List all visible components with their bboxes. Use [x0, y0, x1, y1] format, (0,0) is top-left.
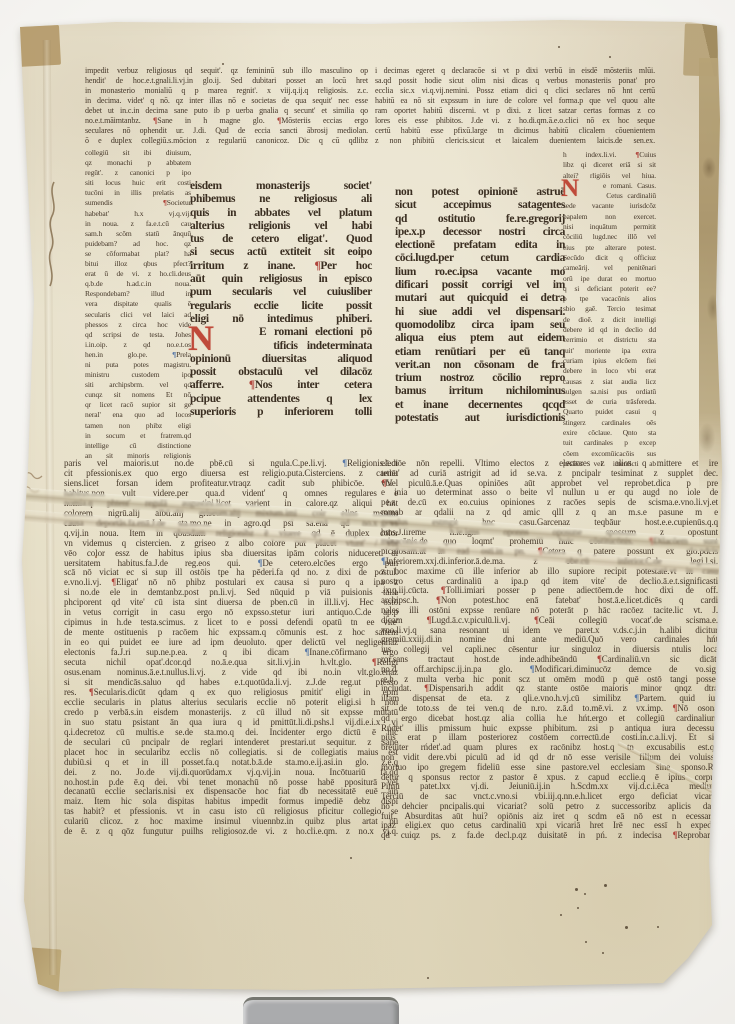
- repair-strip-right-edge: [699, 58, 724, 490]
- red-spot: [95, 556, 97, 558]
- ink-spot: [625, 926, 628, 929]
- ink-spot: [350, 857, 352, 859]
- manuscript-leaf: impedit verbuz religiosus qd sequit'. qz…: [0, 0, 735, 1024]
- tape-top-left: [9, 25, 61, 68]
- photograph-background: impedit verbuz religiosus qd sequit'. qz…: [0, 0, 735, 1024]
- ink-spot: [558, 46, 560, 48]
- gloss-top-right: i decimas egeret q declaracōe si vt p di…: [375, 66, 655, 146]
- main-text-right-column: non potest opinionē astruēsicut accepimu…: [395, 186, 565, 425]
- ink-spot: [584, 893, 586, 895]
- gloss-lower-right: electōe nōn repelli. Vltimo electos z el…: [381, 459, 718, 841]
- sheet-wrapper: impedit verbuz religiosus qd sequit'. qz…: [0, 0, 735, 1024]
- ink-spot: [565, 986, 567, 988]
- paper-weight: [243, 997, 399, 1024]
- marginal-inscription: [2, 468, 44, 504]
- ink-spot: [609, 56, 611, 58]
- vertical-fold-crease: [43, 40, 58, 975]
- gloss-left-column: collegiū sit ibi diuisum,qz monachi p ab…: [85, 148, 191, 461]
- ink-spot: [560, 914, 562, 916]
- rubric-initial-main: N: [188, 323, 214, 353]
- ink-spot: [575, 888, 578, 891]
- ink-spot: [585, 941, 587, 943]
- rubric-initial-gloss: N: [561, 178, 579, 200]
- main-text-left-column: eisdem monasterijs societ'phibemus ne re…: [190, 180, 372, 419]
- ink-spot: [577, 907, 579, 909]
- gloss-top-left: impedit verbuz religiosus qd sequit'. qz…: [85, 66, 368, 146]
- ink-spot: [427, 977, 429, 979]
- gloss-lower-left: paris vel maioris.ut no.de pbē.cū si ngu…: [64, 459, 398, 837]
- ink-spot: [222, 63, 224, 65]
- ink-spot: [604, 884, 607, 887]
- ink-spot: [657, 926, 659, 928]
- ink-spot: [602, 952, 604, 954]
